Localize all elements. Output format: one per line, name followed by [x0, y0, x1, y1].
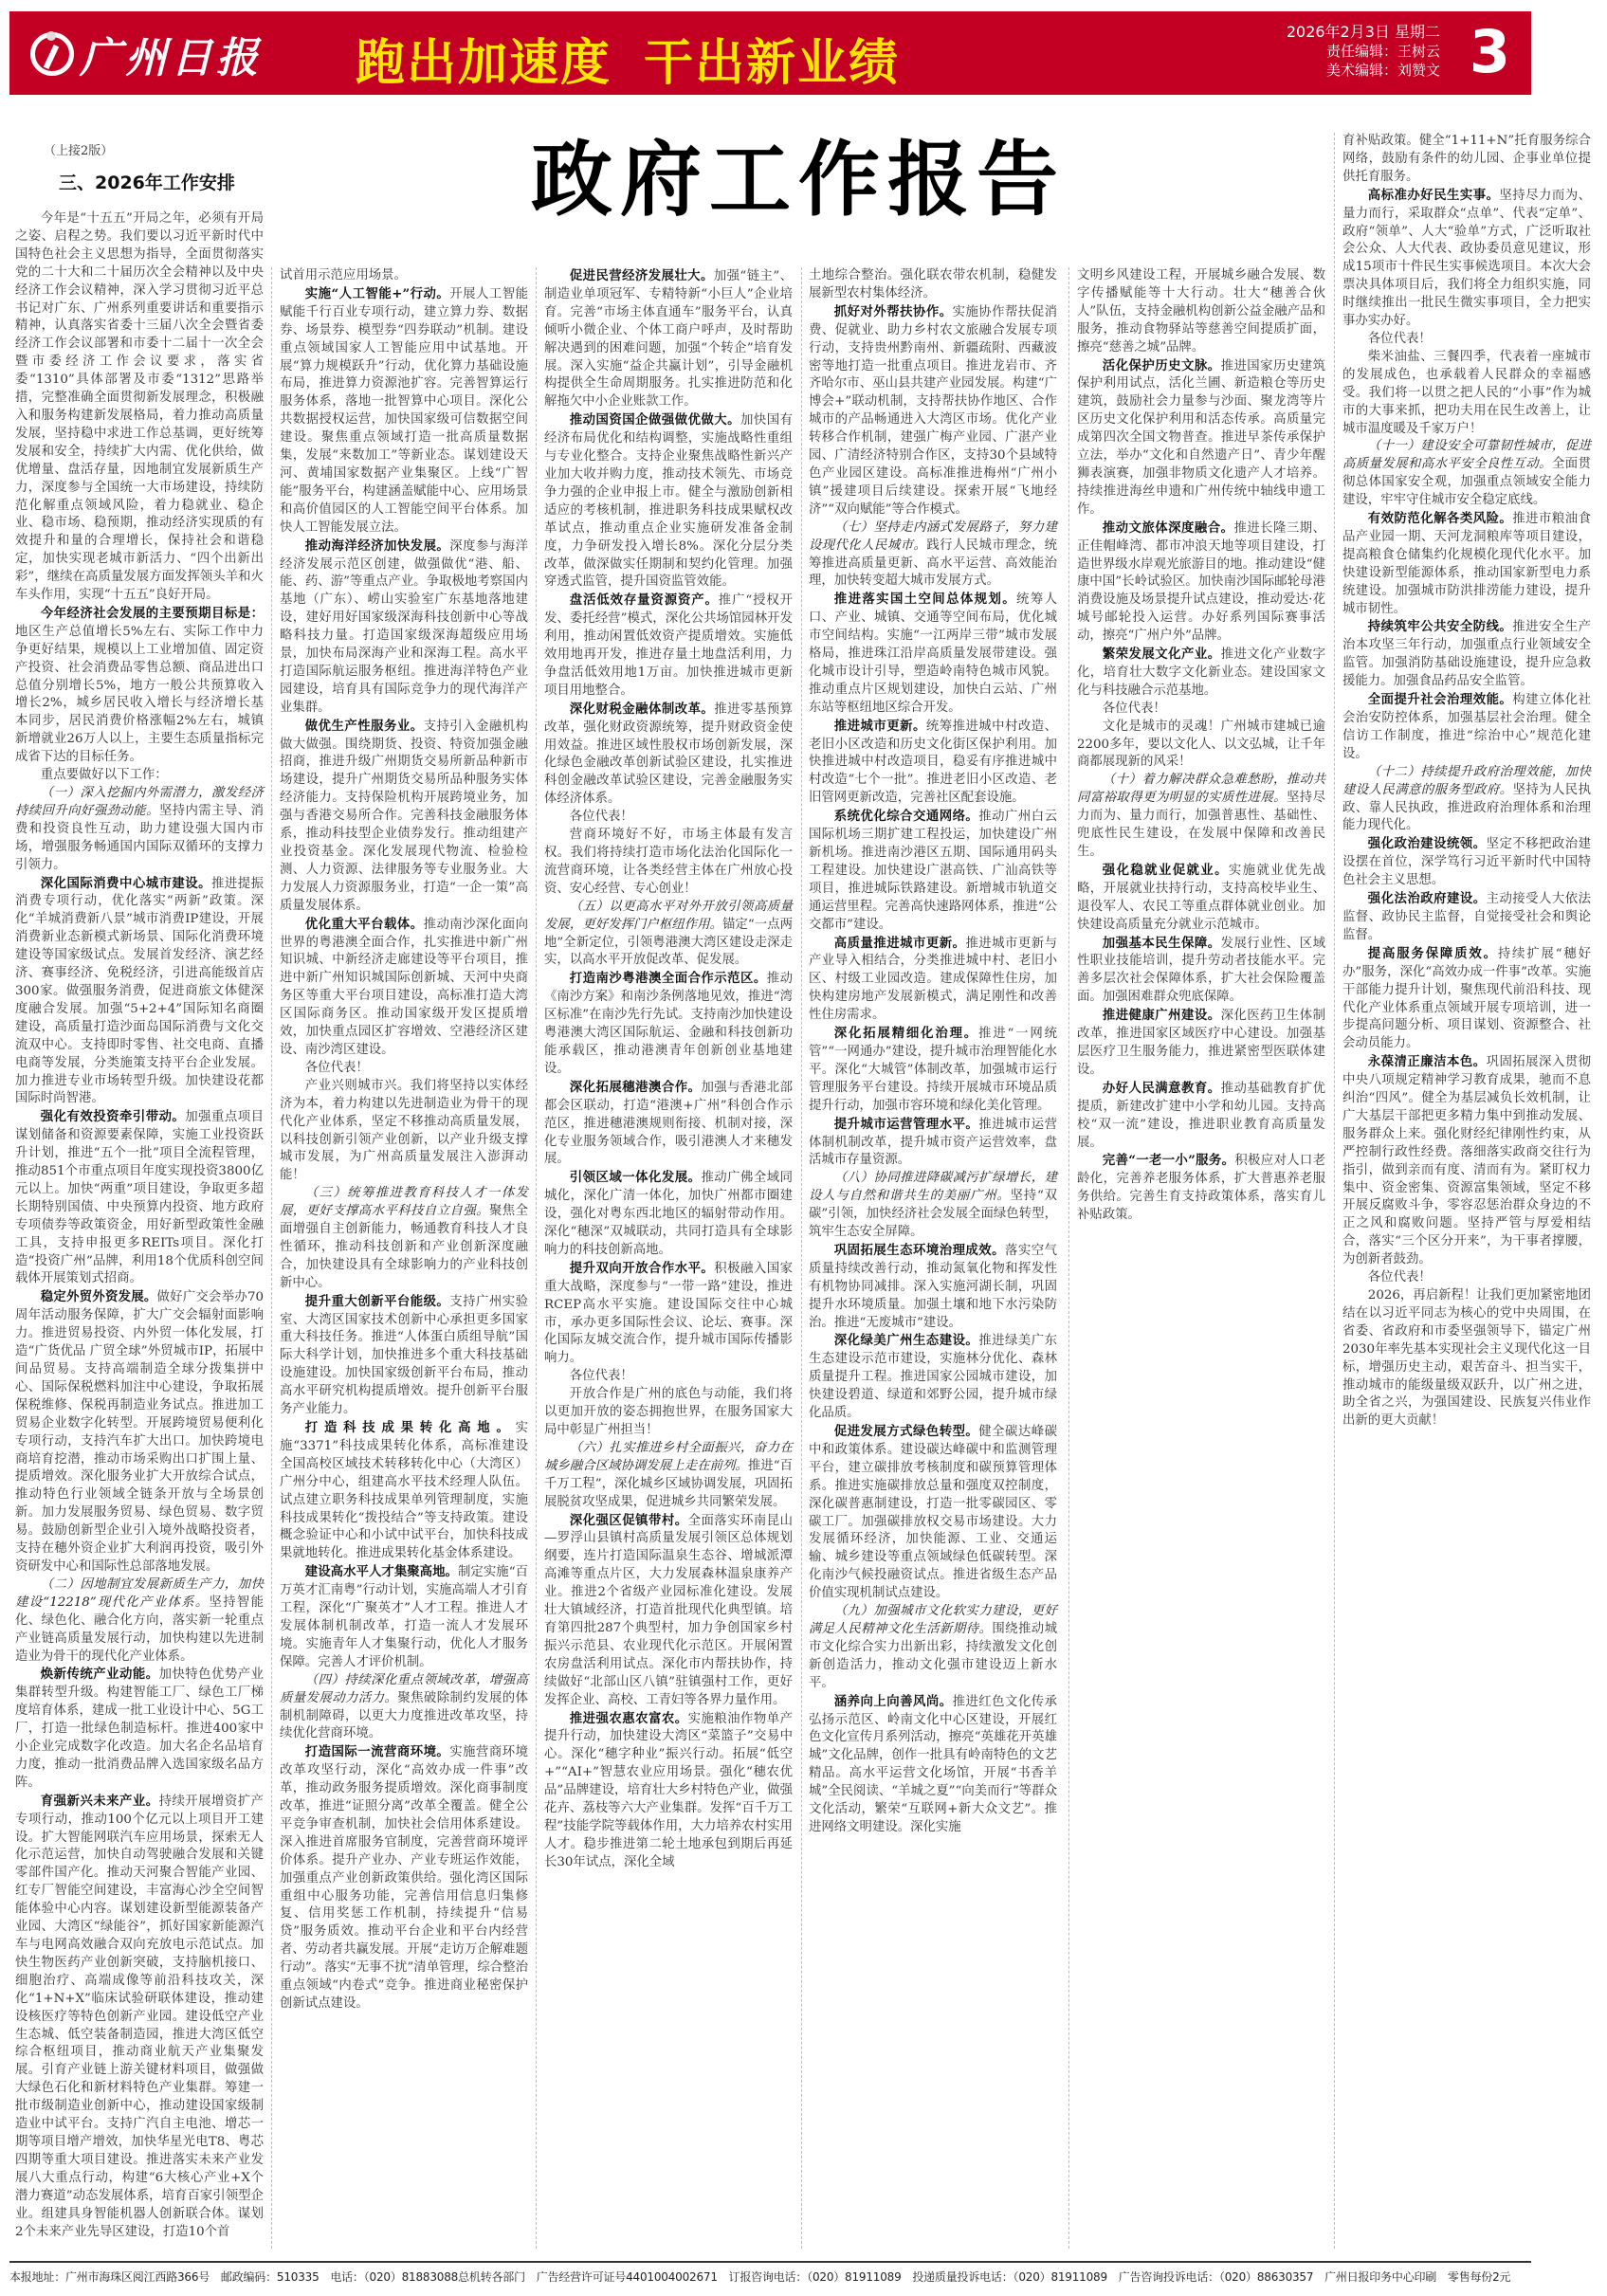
article-paragraph: 各位代表！	[1342, 331, 1591, 349]
paragraph-lead-heading: 提升城市运营管理水平。	[834, 1117, 979, 1132]
paragraph-body: 推动广州白云国际机场三期扩建工程投运，加快建设广州新机场。推进南沙港区五期、国际…	[809, 810, 1057, 931]
paragraph-lead-heading: 推进强农惠农富农。	[570, 1711, 688, 1726]
paragraph-body: 柴米油盐、三餐四季，代表着一座城市的发展成色，也承载着人民群众的幸福感受。我们将…	[1342, 350, 1591, 436]
article-paragraph: 提升双向开放合作水平。积极融入国家重大战略，深度参与“一带一路”建设，推进RCE…	[544, 1260, 793, 1368]
paragraph-lead-heading: 打造科技成果转化高地。	[305, 1420, 516, 1435]
paragraph-lead-heading: 全面提升社会治理效能。	[1368, 692, 1513, 707]
article-paragraph: 重点要做好以下工作：	[15, 767, 264, 785]
paragraph-body: 各位代表！	[1368, 332, 1432, 346]
paragraph-lead-heading: 实施“人工智能+”行动。	[305, 286, 449, 301]
article-paragraph: 永葆清正廉洁本色。巩固拓展深入贯彻中央八项规定精神学习教育成果，驰而不息纠治“四…	[1342, 1053, 1591, 1269]
article-paragraph: 系统优化综合交通网络。推动广州白云国际机场三期扩建工程投运，加快建设广州新机场。…	[809, 808, 1057, 934]
article-paragraph: （一）深入挖掘内外需潜力，激发经济持续回升向好强劲动能。坚持内需主导、消费和投资…	[15, 785, 264, 875]
article-paragraph: 各位代表！	[544, 1368, 793, 1386]
paragraph-lead-heading: 提升重大创新平台能级。	[305, 1294, 450, 1309]
paragraph-body: 2026，再启新程！让我们更加紧密地团结在以习近平同志为核心的党中央周围，在省委…	[1342, 1288, 1591, 1428]
paragraph-body: 推动南沙深化面向世界的粤港澳全面合作，扎实推进中新广州知识城、中新经济走廊建设等…	[280, 918, 528, 1057]
paragraph-lead-heading: 完善“一老一小”服务。	[1103, 1153, 1235, 1168]
paragraph-lead-heading: 繁荣发展文化产业。	[1103, 647, 1221, 662]
article-title: 政府工作报告	[531, 133, 1066, 228]
paragraph-lead-heading: 打造南沙粤港澳全面合作示范区。	[570, 971, 767, 986]
paragraph-lead-heading: 引领区域一体化发展。	[570, 1170, 702, 1185]
paragraph-body: 全面落实环南昆山—罗浮山县镇村高质量发展引领区总体规划纲要，连片打造国际温泉生态…	[544, 1514, 793, 1707]
publisher-footer: 本报地址：广州市海珠区阅江西路366号 邮政编码：510335 电话：（020）…	[9, 2269, 1531, 2285]
paragraph-lead-heading: 建设高水平人才集聚高地。	[305, 1564, 458, 1579]
article-paragraph: 办好人民满意教育。推动基础教育扩优提质，新建改扩建中小学和幼儿园。支持高校“双一…	[1077, 1080, 1325, 1153]
article-paragraph: 促进发展方式绿色转型。健全碳达峰碳中和政策体系。建设碳达峰碳中和监测管理平台，建…	[809, 1423, 1057, 1603]
paragraph-body: 各位代表！	[570, 1369, 633, 1383]
paragraph-lead-heading: 稳定外贸外资发展。	[41, 1289, 157, 1304]
paragraph-body: 文化是城市的灵魂！广州城市建城已逾2200多年，要以文化人、以文弘城，让千年商都…	[1077, 720, 1325, 770]
paragraph-lead-heading: 推动国资国企做强做优做大。	[570, 412, 740, 428]
text-column-5: 文明乡风建设工程，开展城乡融合发展、数字传播赋能等十大行动。壮大“穗善合伙人”队…	[1077, 267, 1325, 1225]
paragraph-lead-heading: 深化拓展精细化治理。	[834, 1026, 978, 1041]
paragraph-body: 推进长隆三期、正佳帽峰湾、都市冲浪天地等项目建设，打造世界级水岸观光旅游目的地。…	[1077, 521, 1325, 643]
responsible-editor: 责任编辑：王树云	[1287, 42, 1440, 61]
column-divider	[1334, 133, 1335, 2249]
paragraph-body: 统筹人口、产业、城镇、交通等空间布局，优化城市空间结构。实施“一江两岸三带”城市…	[809, 592, 1057, 714]
paragraph-lead-heading: 抓好对外帮扶协作。	[834, 304, 953, 319]
paragraph-lead-heading: 强化法治政府建设。	[1368, 891, 1487, 906]
article-paragraph: （八）协同推进降碳减污扩绿增长，建设人与自然和谐共生的美丽广州。坚持“双碳”引领…	[809, 1170, 1057, 1242]
paragraph-body: 各位代表！	[570, 810, 633, 824]
article-paragraph: 打造科技成果转化高地。实施“3371”科技成果转化体系，高标准建设全国高校区域技…	[280, 1419, 528, 1563]
article-paragraph: 促进民营经济发展壮大。加强“链主”、制造业单项冠军、专精特新“小巨人”企业培育。…	[544, 267, 793, 411]
article-paragraph: 土地综合整治。强化联农带农机制，稳健发展新型农村集体经济。	[809, 267, 1057, 303]
article-paragraph: 深化拓展精细化治理。推进“一网统管”“一网通办”建设，提升城市治理智能化水平。深…	[809, 1025, 1057, 1116]
article-paragraph: 建设高水平人才集聚高地。制定实施“百万英才汇南粤”行动计划，实施高端人才引育工程…	[280, 1563, 528, 1671]
paragraph-lead-heading: 强化政治建设统领。	[1368, 836, 1487, 851]
article-paragraph: 抓好对外帮扶协作。实施协作帮扶促消费、促就业、助力乡村农文旅融合发展专项行动，支…	[809, 303, 1057, 519]
article-paragraph: 柴米油盐、三餐四季，代表着一座城市的发展成色，也承载着人民群众的幸福感受。我们将…	[1342, 349, 1591, 439]
article-paragraph: 涵养向上向善风尚。推进红色文化传承弘扬示范区、岭南文化中心区建设，开展红色文化宣…	[809, 1693, 1057, 1837]
paragraph-lead-heading: 高质量推进城市更新。	[834, 936, 966, 951]
paragraph-body: 各位代表！	[1368, 1270, 1432, 1285]
article-paragraph: 推动文旅体深度融合。推进长隆三期、正佳帽峰湾、都市冲浪天地等项目建设，打造世界级…	[1077, 519, 1325, 646]
logo-emblem-icon	[30, 32, 74, 76]
article-paragraph: 文化是城市的灵魂！广州城市建城已逾2200多年，要以文化人、以文弘城，让千年商都…	[1077, 719, 1325, 773]
paragraph-body: 重点要做好以下工作：	[41, 768, 168, 782]
text-column-6: 育补贴政策。健全“1+11+N”托育服务综合网络，鼓励有条件的幼儿园、企事业单位…	[1342, 133, 1591, 1430]
slogan-right: 干出新业绩	[644, 35, 900, 92]
paragraph-lead-heading: 优化重大平台载体。	[305, 917, 424, 932]
article-paragraph: （十二）持续提升政府治理效能，加快建设人民满意的服务型政府。坚持为人民执政、靠人…	[1342, 764, 1591, 836]
column-divider	[1068, 267, 1069, 2249]
paragraph-body: 实施粮油作物单产提升行动，加快建设大湾区“菜篮子”交易中心。深化“穗字种业”振兴…	[544, 1712, 793, 1869]
paragraph-body: 推进红色文化传承弘扬示范区、岭南文化中心区建设，开展红色文化宣传月系列活动，擦亮…	[809, 1695, 1057, 1834]
paragraph-lead-heading: 活化保护历史文脉。	[1103, 358, 1221, 374]
article-paragraph: 深化拓展穗港澳合作。加强与香港北部都会区联动，打造“港澳+广州”科创合作示范区，…	[544, 1079, 793, 1170]
article-paragraph: 强化政治建设统领。坚定不移把政治建设摆在首位，深学笃行习近平新时代中国特色社会主…	[1342, 835, 1591, 890]
paragraph-body: 实施营商环境改革攻坚行动，深化“高效办成一件事”改革，推动政务服务提质增效。深化…	[280, 1745, 528, 2011]
paragraph-lead-heading: 提升双向开放合作水平。	[570, 1261, 715, 1276]
paragraph-body: 加快国有经济布局优化和结构调整，实施战略性重组与专业化整合。支持企业聚焦战略性新…	[544, 413, 793, 589]
article-paragraph: 推动海洋经济加快发展。深度参与海洋经济发展示范区创建，做强做优“港、船、能、药、…	[280, 538, 528, 718]
article-paragraph: 各位代表！	[1342, 1269, 1591, 1287]
article-paragraph: 加强基本民生保障。发展行业性、区域性职业技能培训，提升劳动者技能水平。完善多层次…	[1077, 935, 1325, 1008]
article-paragraph: 试首用示范应用场景。	[280, 267, 528, 285]
paragraph-lead-heading: 强化稳就业促就业。	[1103, 863, 1229, 878]
edition-date: 2026年2月3日 星期二	[1287, 23, 1440, 42]
paragraph-lead-heading: 高标准办好民生实事。	[1368, 188, 1500, 203]
article-paragraph: 深化绿美广州生态建设。推进绿美广东生态建设示范市建设，实施林分优化、森林质量提升…	[809, 1332, 1057, 1423]
column-divider	[271, 267, 272, 2249]
paragraph-body: 实施“3371”科技成果转化体系，高标准建设全国高校区域技术转移转化中心（大湾区…	[280, 1421, 528, 1560]
article-paragraph: 产业兴则城市兴。我们将坚持以实体经济为本，着力构建以先进制造业为骨干的现代化产业…	[280, 1078, 528, 1185]
text-column-2: 试首用示范应用场景。实施“人工智能+”行动。开展人工智能赋能千行百业专项行动，建…	[280, 267, 528, 2014]
article-paragraph: 推进落实国土空间总体规划。统筹人口、产业、城镇、交通等空间布局，优化城市空间结构…	[809, 591, 1057, 717]
article-paragraph: （四）持续深化重点领域改革，增强高质量发展动力活力。聚焦破除制约发展的体制机制障…	[280, 1672, 528, 1744]
article-paragraph: 推进城市更新。统筹推进城中村改造、老旧小区改造和历史文化街区保护利用。加快推进城…	[809, 718, 1057, 809]
article-paragraph: 做优生产性服务业。支持引入金融机构做大做强。围绕期货、投资、特资加强金融招商，推…	[280, 718, 528, 916]
edition-meta: 2026年2月3日 星期二 责任编辑：王树云 美术编辑：刘赞文	[1287, 23, 1440, 80]
article-paragraph: （五）以更高水平对外开放引领高质量发展，更好发挥门户枢纽作用。锚定“一点两地”全…	[544, 899, 793, 971]
logo-text: 广州日报	[80, 24, 262, 84]
article-paragraph: （三）统筹推进教育科技人才一体发展，更好支撑高水平科技自立自强。聚焦全面增强自主…	[280, 1185, 528, 1292]
paragraph-body: 加快特色优势产业集群转型升级。构建智能工厂、绿色工厂梯度培育体系，建成一批工业设…	[15, 1667, 264, 1789]
masthead: 广州日报 跑出加速度干出新业绩 2026年2月3日 星期二 责任编辑：王树云 美…	[9, 11, 1531, 95]
article-paragraph: 强化法治政府建设。主动接受人大依法监督、政协民主监督，自觉接受社会和舆论监督。	[1342, 890, 1591, 945]
paragraph-lead-heading: 办好人民满意教育。	[1103, 1081, 1221, 1096]
paragraph-body: 营商环境好不好，市场主体最有发言权。我们将持续打造市场化法治化国际化一流营商环境…	[544, 828, 793, 896]
article-paragraph: 强化有效投资牵引带动。加强重点项目谋划储备和资源要素保障，实施工业投资跃升计划，…	[15, 1108, 264, 1288]
article-paragraph: 各位代表！	[280, 1060, 528, 1078]
article-paragraph: 推进强农惠农富农。实施粮油作物单产提升行动，加快建设大湾区“菜篮子”交易中心。深…	[544, 1710, 793, 1872]
newspaper-logo: 广州日报	[30, 28, 262, 80]
paragraph-body: 支持引入金融机构做大做强。围绕期货、投资、特资加强金融招商，推进升级广州期货交易…	[280, 720, 528, 913]
article-paragraph: 盘活低效存量资源资产。推广“授权开发、委托经营”模式，深化公共场馆园林开发利用，…	[544, 592, 793, 700]
paragraph-body: 开放合作是广州的底色与动能，我们将以更加开放的姿态拥抱世界，在服务国家大局中彰显…	[544, 1387, 793, 1437]
article-paragraph: 今年是“十五五”开局之年，必须有开局之姿、启程之势。我们要以习近平新时代中国特色…	[15, 210, 264, 605]
article-paragraph: （十）着力解决群众急难愁盼，推动共同富裕取得更为明显的实质性进展。坚持尽力而为、…	[1077, 772, 1325, 862]
article-paragraph: 高质量推进城市更新。推进城市更新与产业导入相结合，分类推进城中村、老旧小区、村级…	[809, 935, 1057, 1026]
article-paragraph: 完善“一老一小”服务。积极应对人口老龄化，完善养老服务体系，扩大普惠养老服务供给…	[1077, 1152, 1325, 1225]
article-paragraph: 强化稳就业促就业。实施就业优先战略，开展就业扶持行动，支持高校毕业生、退役军人、…	[1077, 862, 1325, 935]
paragraph-lead-heading: 深化财税金融体制改革。	[570, 702, 715, 717]
article-paragraph: 持续筑牢公共安全防线。推进安全生产治本攻坚三年行动，加强重点行业领域安全监管。加…	[1342, 618, 1591, 691]
page-number: 3	[1470, 21, 1510, 83]
article-paragraph: 推进健康广州建设。深化医药卫生体制改革，推进国家区域医疗中心建设。加强基层医疗卫…	[1077, 1007, 1325, 1080]
paragraph-lead-heading: 强化有效投资牵引带动。	[41, 1109, 186, 1124]
article-paragraph: 今年经济社会发展的主要预期目标是：地区生产总值增长5%左右、实际工作中力争更好结…	[15, 605, 264, 767]
paragraph-body: 加强“链主”、制造业单项冠军、专精特新“小巨人”企业培育。完善“市场主体直通车”…	[544, 269, 793, 409]
paragraph-body: 持续扩展“穗好办”服务，深化“高效办成一件事”改革。实施干部能力提升计划，聚焦现…	[1342, 947, 1591, 1051]
paragraph-lead-heading: 深化绿美广州生态建设。	[834, 1333, 979, 1348]
article-paragraph: 提升重大创新平台能级。支持广州实验室、大湾区国家技术创新中心承担更多国家重大科技…	[280, 1293, 528, 1419]
continued-from-note: （上接2版）	[44, 140, 113, 158]
paragraph-body: 各位代表！	[305, 1061, 369, 1075]
paragraph-body: 支持广州实验室、大湾区国家技术创新中心承担更多国家重大科技任务。推进“人体蛋白质…	[280, 1295, 528, 1416]
paragraph-body: 深度参与海洋经济发展示范区创建，做强做优“港、船、能、药、游”等重点产业。争取极…	[280, 539, 528, 715]
paragraph-body: 加强重点项目谋划储备和资源要素保障，实施工业投资跃升计划，推进“五个一批”项目全…	[15, 1110, 264, 1285]
article-paragraph: 营商环境好不好，市场主体最有发言权。我们将持续打造市场化法治化国际化一流营商环境…	[544, 827, 793, 899]
art-editor: 美术编辑：刘赞文	[1287, 61, 1440, 80]
article-paragraph: 高标准办好民生实事。坚持尽力而为、量力而行，采取群众“点单”、代表“定单”、政府…	[1342, 187, 1591, 331]
paragraph-lead-heading: 推动海洋经济加快发展。	[305, 538, 450, 554]
paragraph-body: 制定实施“百万英才汇南粤”行动计划，实施高端人才引育工程，深化“广聚英才”人才工…	[280, 1565, 528, 1669]
paragraph-lead-heading: 促进民营经济发展壮大。	[570, 268, 714, 283]
paragraph-lead-heading: 促进发展方式绿色转型。	[834, 1424, 979, 1439]
article-paragraph: 巩固拓展生态环境治理成效。落实空气质量持续改善行动，推动氮氧化物和挥发性有机物协…	[809, 1242, 1057, 1333]
paragraph-lead-heading: 做优生产性服务业。	[305, 719, 424, 734]
paragraph-body: 坚持尽力而为、量力而行，采取群众“点单”、代表“定单”、政府“领单”、人大“验单…	[1342, 189, 1591, 328]
paragraph-lead-heading: 深化拓展穗港澳合作。	[570, 1080, 702, 1095]
article-paragraph: 深化强区促镇带村。全面落实环南昆山—罗浮山县镇村高质量发展引领区总体规划纲要，连…	[544, 1512, 793, 1710]
column-divider	[801, 267, 802, 2249]
paragraph-body: 地区生产总值增长5%左右、实际工作中力争更好结果，规模以上工业增加值、固定资产投…	[15, 625, 264, 764]
paragraph-body: 推进市粮油食品产业园一期、天河龙洞粮库等项目建设，提高粮食仓储集约化规模化现代化…	[1342, 512, 1591, 616]
article-paragraph: 引领区域一体化发展。推动广佛全域同城化，深化广清一体化，加快广州都市圈建设，强化…	[544, 1169, 793, 1260]
article-paragraph: 各位代表！	[544, 809, 793, 827]
paragraph-body: 推广“授权开发、委托经营”模式，深化公共场馆园林开发利用，推动闲置低效资产提质增…	[544, 593, 793, 698]
article-paragraph: 繁荣发展文化产业。推进文化产业数字化，培育壮大数字文化新业态。建设国家文化与科技…	[1077, 646, 1325, 701]
article-paragraph: 活化保护历史文脉。推进国家历史建筑保护利用试点，活化兰圃、新造粮仓等历史建筑，鼓…	[1077, 357, 1325, 519]
article-paragraph: 焕新传统产业动能。加快特色优势产业集群转型升级。构建智能工厂、绿色工厂梯度培育体…	[15, 1666, 264, 1792]
article-paragraph: 优化重大平台载体。推动南沙深化面向世界的粤港澳全面合作，扎实推进中新广州知识城、…	[280, 916, 528, 1060]
article-paragraph: 实施“人工智能+”行动。开展人工智能赋能千行百业专项行动，建立算力券、数据券、场…	[280, 285, 528, 538]
paragraph-body: 健全碳达峰碳中和政策体系。建设碳达峰碳中和监测管理平台，建立碳排放考核制度和碳预…	[809, 1425, 1057, 1600]
article-paragraph: （七）坚持走内涵式发展路子，努力建设现代化人民城市。践行人民城市理念，统筹推进高…	[809, 519, 1057, 592]
paragraph-lead-heading: 打造国际一流营商环境。	[305, 1744, 450, 1759]
paragraph-body: 开展人工智能赋能千行百业专项行动，建立算力券、数据券、场景券、模型券“四券联动”…	[280, 287, 528, 535]
paragraph-lead-heading: 系统优化综合交通网络。	[834, 809, 979, 824]
text-column-4: 土地综合整治。强化联农带农机制，稳健发展新型农村集体经济。抓好对外帮扶协作。实施…	[809, 267, 1057, 1837]
paragraph-body: 试首用示范应用场景。	[280, 268, 407, 282]
paragraph-body: 积极融入国家重大战略，深度参与“一带一路”建设，推进RCEP高水平实施。建设国际…	[544, 1262, 793, 1366]
paragraph-lead-heading: 盘活低效存量资源资产。	[570, 592, 719, 608]
paragraph-body: 实施协作帮扶促消费、促就业、助力乡村农文旅融合发展专项行动，支持贵州黔南州、新疆…	[809, 305, 1057, 517]
slogan-left: 跑出加速度	[356, 35, 612, 92]
paragraph-lead-heading: 有效防范化解各类风险。	[1368, 511, 1513, 526]
article-paragraph: （六）扎实推进乡村全面振兴，奋力在城乡融合区域协调发展上走在前列。推进“百千万工…	[544, 1440, 793, 1512]
paragraph-lead-heading: 育强新兴未来产业。	[41, 1794, 159, 1809]
paragraph-lead-heading: 加强基本民生保障。	[1103, 936, 1221, 951]
paragraph-body: 育补贴政策。健全“1+11+N”托育服务综合网络，鼓励有条件的幼儿园、企事业单位…	[1342, 134, 1591, 184]
article-paragraph: 各位代表！	[1077, 701, 1325, 719]
paragraph-lead-heading: 涵养向上向善风尚。	[834, 1694, 953, 1709]
article-paragraph: 打造南沙粤港澳全面合作示范区。推动《南沙方案》和南沙条例落地见效，推进“湾区标准…	[544, 970, 793, 1078]
paragraph-body: 巩固拓展深入贯彻中央八项规定精神学习教育成果，驰而不息纠治“四风”。健全为基层减…	[1342, 1055, 1591, 1266]
section-heading: 三、2026年工作安排	[59, 169, 235, 194]
article-paragraph: （二）因地制宜发展新质生产力，加快建设“12218”现代化产业体系。坚持智能化、…	[15, 1576, 264, 1667]
paragraph-body: 今年是“十五五”开局之年，必须有开局之姿、启程之势。我们要以习近平新时代中国特色…	[15, 211, 264, 602]
paragraph-lead-heading: 深化国际消费中心城市建设。	[41, 876, 211, 891]
paragraph-body: 土地综合整治。强化联农带农机制，稳健发展新型农村集体经济。	[809, 268, 1057, 301]
article-paragraph: 全面提升社会治理效能。构建立体化社会治安防控体系，加强基层社会治理。健全信访工作…	[1342, 691, 1591, 764]
paragraph-lead-heading: 巩固拓展生态环境治理成效。	[834, 1243, 1005, 1258]
paragraph-body: 各位代表！	[1103, 702, 1166, 716]
paragraph-lead-heading: 推进健康广州建设。	[1103, 1008, 1221, 1023]
paragraph-lead-heading: 推进落实国土空间总体规划。	[834, 592, 1016, 607]
paragraph-body: 做好广交会举办70周年活动服务保障，扩大广交会辐射面影响力。推进贸易投资、内外贸…	[15, 1290, 264, 1574]
paragraph-body: 持续开展增资扩产专项行动，推动100个亿元以上项目开工建设。扩大智能网联汽车应用…	[15, 1795, 264, 2239]
paragraph-lead-heading: 今年经济社会发展的主要预期目标是：	[41, 606, 264, 621]
article-paragraph: （十一）建设安全可靠韧性城市，促进高质量发展和高水平安全良性互动。全面贯彻总体国…	[1342, 438, 1591, 510]
article-paragraph: 稳定外贸外资发展。做好广交会举办70周年活动服务保障，扩大广交会辐射面影响力。推…	[15, 1288, 264, 1576]
article-paragraph: 开放合作是广州的底色与动能，我们将以更加开放的姿态拥抱世界，在服务国家大局中彰显…	[544, 1386, 793, 1440]
article-paragraph: 提高服务保障质效。持续扩展“穗好办”服务，深化“高效办成一件事”改革。实施干部能…	[1342, 945, 1591, 1053]
paragraph-body: 推进零基预算改革，强化财政资源统筹，提升财政资金使用效益。推进区域性股权市场创新…	[544, 702, 793, 807]
article-paragraph: 文明乡风建设工程，开展城乡融合发展、数字传播赋能等十大行动。壮大“穗善合伙人”队…	[1077, 267, 1325, 357]
article-paragraph: 有效防范化解各类风险。推进市粮油食品产业园一期、天河龙洞粮库等项目建设，提高粮食…	[1342, 510, 1591, 618]
paragraph-body: 推动《南沙方案》和南沙条例落地见效，推进“湾区标准”在南沙先行先试。支持南沙加快…	[544, 972, 793, 1076]
paragraph-lead-heading: 推动文旅体深度融合。	[1103, 520, 1234, 536]
article-paragraph: （九）加强城市文化软实力建设，更好满足人民精神文化生活新期待。围绕推动城市文化综…	[809, 1603, 1057, 1693]
article-paragraph: 育强新兴未来产业。持续开展增资扩产专项行动，推动100个亿元以上项目开工建设。扩…	[15, 1793, 264, 2242]
paragraph-body: 文明乡风建设工程，开展城乡融合发展、数字传播赋能等十大行动。壮大“穗善合伙人”队…	[1077, 268, 1325, 355]
paragraph-lead-heading: 推进城市更新。	[834, 719, 926, 734]
paragraph-lead-heading: 深化强区促镇带村。	[570, 1513, 688, 1528]
article-paragraph: 2026，再启新程！让我们更加紧密地团结在以习近平同志为核心的党中央周围，在省委…	[1342, 1287, 1591, 1430]
paragraph-body: 推进提振消费专项行动，优化落实“两新”政策。深化“羊城消费新八景”城市消费IP建…	[15, 877, 264, 1106]
article-paragraph: 打造国际一流营商环境。实施营商环境改革攻坚行动，深化“高效办成一件事”改革，推动…	[280, 1743, 528, 2014]
footer-divider	[9, 2261, 1531, 2263]
paragraph-lead-heading: 焕新传统产业动能。	[41, 1667, 159, 1682]
paragraph-lead-heading: 永葆清正廉洁本色。	[1368, 1054, 1487, 1069]
paragraph-lead-heading: 提高服务保障质效。	[1368, 946, 1498, 961]
paragraph-body: 产业兴则城市兴。我们将坚持以实体经济为本，着力构建以先进制造业为骨干的现代化产业…	[280, 1079, 528, 1183]
article-paragraph: 深化财税金融体制改革。推进零基预算改革，强化财政资源统筹，提升财政资金使用效益。…	[544, 701, 793, 809]
page-slogan: 跑出加速度干出新业绩	[356, 23, 900, 94]
article-paragraph: 推动国资国企做强做优做大。加快国有经济布局优化和结构调整，实施战略性重组与专业化…	[544, 411, 793, 592]
text-column-3: 促进民营经济发展壮大。加强“链主”、制造业单项冠军、专精特新“小巨人”企业培育。…	[544, 267, 793, 1872]
article-paragraph: 深化国际消费中心城市建设。推进提振消费专项行动，优化落实“两新”政策。深化“羊城…	[15, 875, 264, 1109]
paragraph-body: 推进国家历史建筑保护利用试点，活化兰圃、新造粮仓等历史建筑，鼓励社会力量参与沙面…	[1077, 359, 1325, 517]
paragraph-lead-heading: 持续筑牢公共安全防线。	[1368, 619, 1513, 634]
article-paragraph: 提升城市运营管理水平。推进城市运营体制机制改革，提升城市资产运营效率，盘活城市存…	[809, 1116, 1057, 1171]
text-column-1: 今年是“十五五”开局之年，必须有开局之姿、启程之势。我们要以习近平新时代中国特色…	[15, 210, 264, 2241]
article-paragraph: 育补贴政策。健全“1+11+N”托育服务综合网络，鼓励有条件的幼儿园、企事业单位…	[1342, 133, 1591, 187]
column-divider	[536, 267, 537, 2249]
